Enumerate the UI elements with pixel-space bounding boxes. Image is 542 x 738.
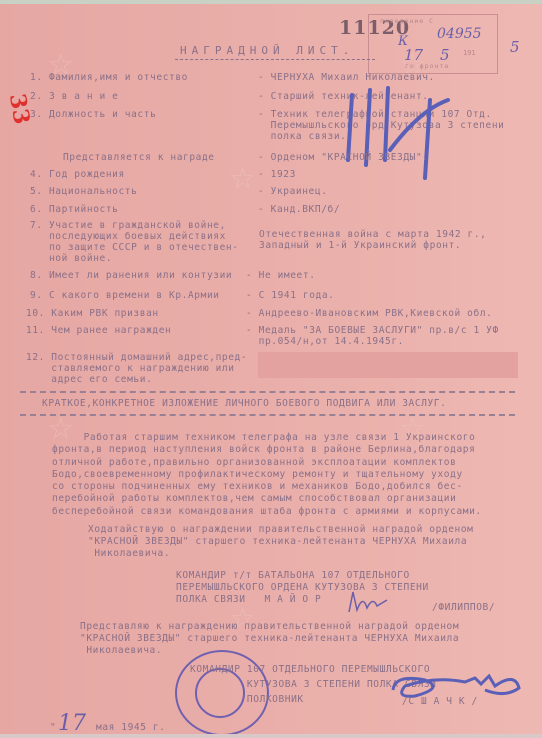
section-rule-bottom (20, 414, 515, 416)
field-value-nationality: - Украинец. (258, 186, 328, 197)
field-value-war-participation: Отечественная война с марта 1942 г., Зап… (259, 229, 487, 251)
handwritten-code: 04955 (437, 26, 482, 42)
field-label-nationality: 5. Национальность (30, 186, 137, 197)
field-label-birth-year: 4. Год рождения (30, 169, 125, 180)
scan-edge-bottom (0, 734, 542, 738)
handwritten-day: 17 (404, 46, 423, 64)
date-open-quote: " (50, 722, 56, 733)
document-page: ☆ ☆ ☆ ☆ ☆ ☆ 11120 поведение С го фронта … (0, 0, 542, 738)
signature-2-name: /С Ш А Ч К / (402, 696, 478, 707)
petition-commander-1: Ходатайствую о награждении правительстве… (88, 524, 474, 560)
field-label-rank: 2. З в а н и е (30, 91, 118, 102)
field-value-award: - Орденом "КРАСНОЙ ЗВЕЗДЫ". (258, 152, 429, 163)
handwritten-signature-mark-icon (330, 70, 470, 180)
page-title: НАГРАДНОЙ ЛИСТ. (180, 44, 354, 57)
field-value-party: - Канд.ВКП/б/ (258, 204, 340, 215)
section-rule-top (20, 391, 515, 393)
field-label-name: 1. Фамилия,имя и отчество (30, 72, 188, 83)
watermark-star-icon: ☆ (230, 150, 255, 199)
handwritten-year: 5 (510, 38, 520, 56)
archive-stamp-year: 191 (463, 49, 476, 57)
award-narrative: Работая старшим техником телеграфа на уз… (52, 432, 482, 518)
date-rest: мая 1945 г. (96, 722, 166, 733)
field-value-birth-year: - 1923 (258, 169, 296, 180)
field-label-army-since: 9. С какого времени в Кр.Армии (30, 290, 220, 301)
field-value-wounds: - Не имеет. (246, 270, 316, 281)
field-label-party: 6. Партийность (30, 204, 118, 215)
archive-stamp-top-text: поведение С (380, 17, 434, 25)
field-value-draft-office: - Андреево-Ивановским РВК,Киевской обл. (246, 308, 492, 319)
field-value-prior-awards: - Медаль "ЗА БОЕВЫЕ ЗАСЛУГИ" пр.в/с 1 УФ… (246, 325, 499, 347)
field-label-position: 3. Должность и часть (30, 109, 156, 120)
title-underline (175, 59, 375, 60)
signature-1-scribble-icon (345, 588, 391, 618)
field-value-army-since: - С 1941 года. (246, 290, 334, 301)
signature-1-name: /ФИЛИППОВ/ (432, 602, 495, 613)
redacted-address (258, 352, 518, 378)
field-label-draft-office: 10. Каким РВК призван (26, 308, 159, 319)
field-label-prior-awards: 11. Чем ранее награжден (26, 325, 171, 336)
field-label-war-participation: 7. Участие в гражданской войне, последую… (30, 220, 239, 264)
section-heading: КРАТКОЕ,КОНКРЕТНОЕ ИЗЛОЖЕНИЕ ЛИЧНОГО БОЕ… (42, 398, 446, 409)
field-label-wounds: 8. Имеет ли ранения или контузии (30, 270, 232, 281)
field-label-award: Представляется к награде (44, 152, 215, 163)
scan-edge-top (0, 0, 542, 4)
date-day: 17 (58, 711, 86, 736)
handwritten-month: 5 (440, 46, 450, 64)
field-label-address: 12. Постоянный домашний адрес,пред- став… (26, 352, 247, 385)
petition-commander-2: Представляю к награждению правительствен… (80, 621, 459, 657)
